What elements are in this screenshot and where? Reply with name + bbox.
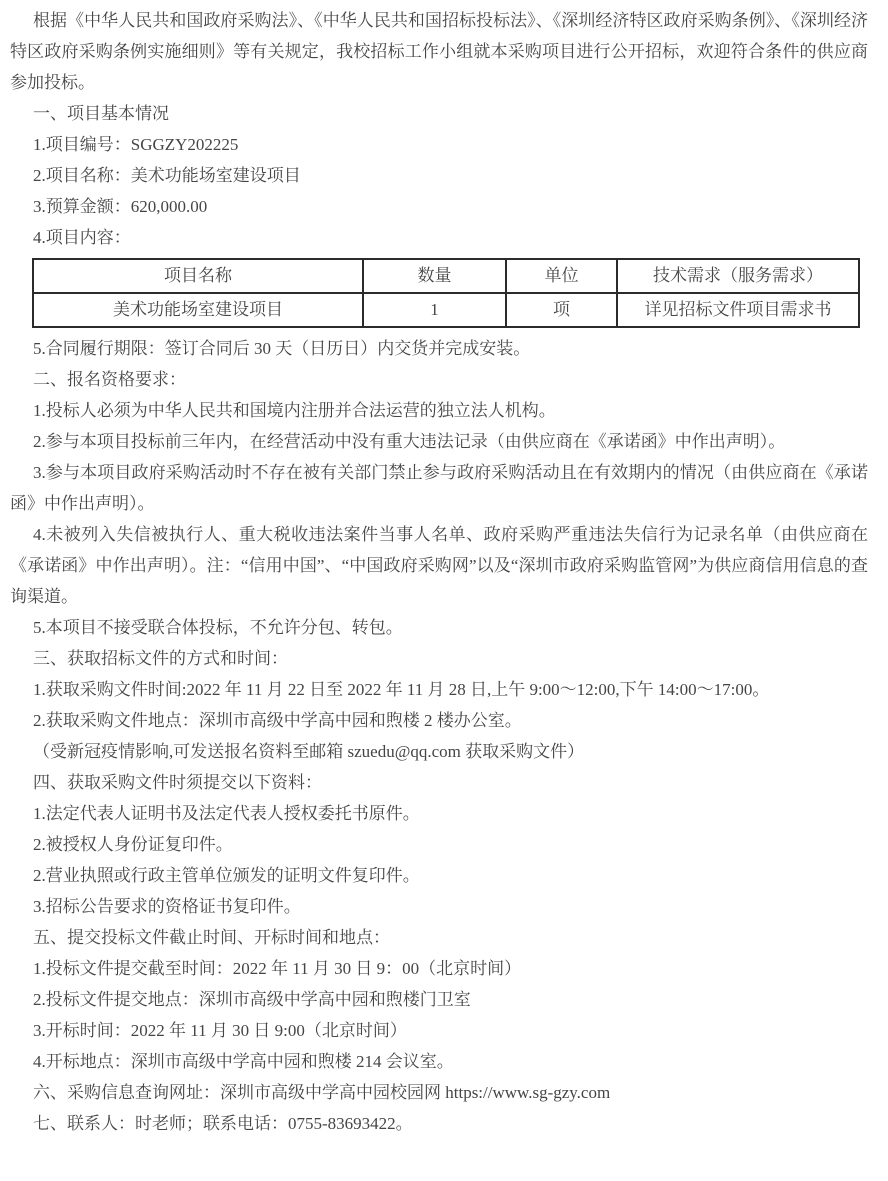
- section-2-heading: 二、报名资格要求：: [10, 364, 868, 395]
- item-covid-email-note: （受新冠疫情影响,可发送报名资料至邮箱 szuedu@qq.com 获取采购文件…: [10, 736, 868, 767]
- table-row: 美术功能场室建设项目 1 项 详见招标文件项目需求书: [33, 293, 859, 327]
- header-cell-requirement: 技术需求（服务需求）: [617, 259, 859, 293]
- intro-paragraph: 根据《中华人民共和国政府采购法》、《中华人民共和国招标投标法》、《深圳经济特区政…: [10, 5, 868, 98]
- item-document-time: 1.获取采购文件时间:2022 年 11 月 22 日至 2022 年 11 月…: [10, 674, 868, 705]
- section-4-heading: 四、获取采购文件时须提交以下资料：: [10, 767, 868, 798]
- project-content-table: 项目名称 数量 单位 技术需求（服务需求） 美术功能场室建设项目 1 项 详见招…: [32, 258, 860, 328]
- table-header-row: 项目名称 数量 单位 技术需求（服务需求）: [33, 259, 859, 293]
- section-7-line: 七、联系人：时老师；联系电话：0755-83693422。: [10, 1108, 868, 1139]
- header-cell-unit: 单位: [506, 259, 617, 293]
- cell-requirement: 详见招标文件项目需求书: [617, 293, 859, 327]
- qualification-item-1: 1.投标人必须为中华人民共和国境内注册并合法运营的独立法人机构。: [10, 395, 868, 426]
- qualification-item-4: 4.未被列入失信被执行人、重大税收违法案件当事人名单、政府采购严重违法失信行为记…: [10, 519, 868, 612]
- item-project-number: 1.项目编号：SGGZY202225: [10, 129, 868, 160]
- cell-unit: 项: [506, 293, 617, 327]
- item-budget-amount: 3.预算金额：620,000.00: [10, 191, 868, 222]
- item-submit-location: 2.投标文件提交地点：深圳市高级中学高中园和煦楼门卫室: [10, 984, 868, 1015]
- section-3-heading: 三、获取招标文件的方式和时间：: [10, 643, 868, 674]
- section-6-line: 六、采购信息查询网址：深圳市高级中学高中园校园网 https://www.sg-…: [10, 1077, 868, 1108]
- qualification-item-3: 3.参与本项目政府采购活动时不存在被有关部门禁止参与政府采购活动且在有效期内的情…: [10, 457, 868, 519]
- item-submit-deadline: 1.投标文件提交截至时间：2022 年 11 月 30 日 9：00（北京时间）: [10, 953, 868, 984]
- section-5-heading: 五、提交投标文件截止时间、开标时间和地点：: [10, 922, 868, 953]
- material-item-2: 2.被授权人身份证复印件。: [10, 829, 868, 860]
- section-1-heading: 一、项目基本情况: [10, 98, 868, 129]
- qualification-item-2: 2.参与本项目投标前三年内，在经营活动中没有重大违法记录（由供应商在《承诺函》中…: [10, 426, 868, 457]
- header-cell-project-name: 项目名称: [33, 259, 363, 293]
- cell-project-name: 美术功能场室建设项目: [33, 293, 363, 327]
- material-item-4: 3.招标公告要求的资格证书复印件。: [10, 891, 868, 922]
- material-item-1: 1.法定代表人证明书及法定代表人授权委托书原件。: [10, 798, 868, 829]
- item-opening-time: 3.开标时间：2022 年 11 月 30 日 9:00（北京时间）: [10, 1015, 868, 1046]
- tender-notice-document: 根据《中华人民共和国政府采购法》、《中华人民共和国招标投标法》、《深圳经济特区政…: [0, 0, 888, 1181]
- item-contract-period: 5.合同履行期限：签订合同后 30 天（日历日）内交货并完成安装。: [10, 333, 868, 364]
- qualification-item-5: 5.本项目不接受联合体投标，不允许分包、转包。: [10, 612, 868, 643]
- item-project-name: 2.项目名称：美术功能场室建设项目: [10, 160, 868, 191]
- item-document-location: 2.获取采购文件地点：深圳市高级中学高中园和煦楼 2 楼办公室。: [10, 705, 868, 736]
- item-opening-location: 4.开标地点：深圳市高级中学高中园和煦楼 214 会议室。: [10, 1046, 868, 1077]
- header-cell-quantity: 数量: [363, 259, 506, 293]
- cell-quantity: 1: [363, 293, 506, 327]
- item-project-content: 4.项目内容：: [10, 222, 868, 253]
- material-item-3: 2.营业执照或行政主管单位颁发的证明文件复印件。: [10, 860, 868, 891]
